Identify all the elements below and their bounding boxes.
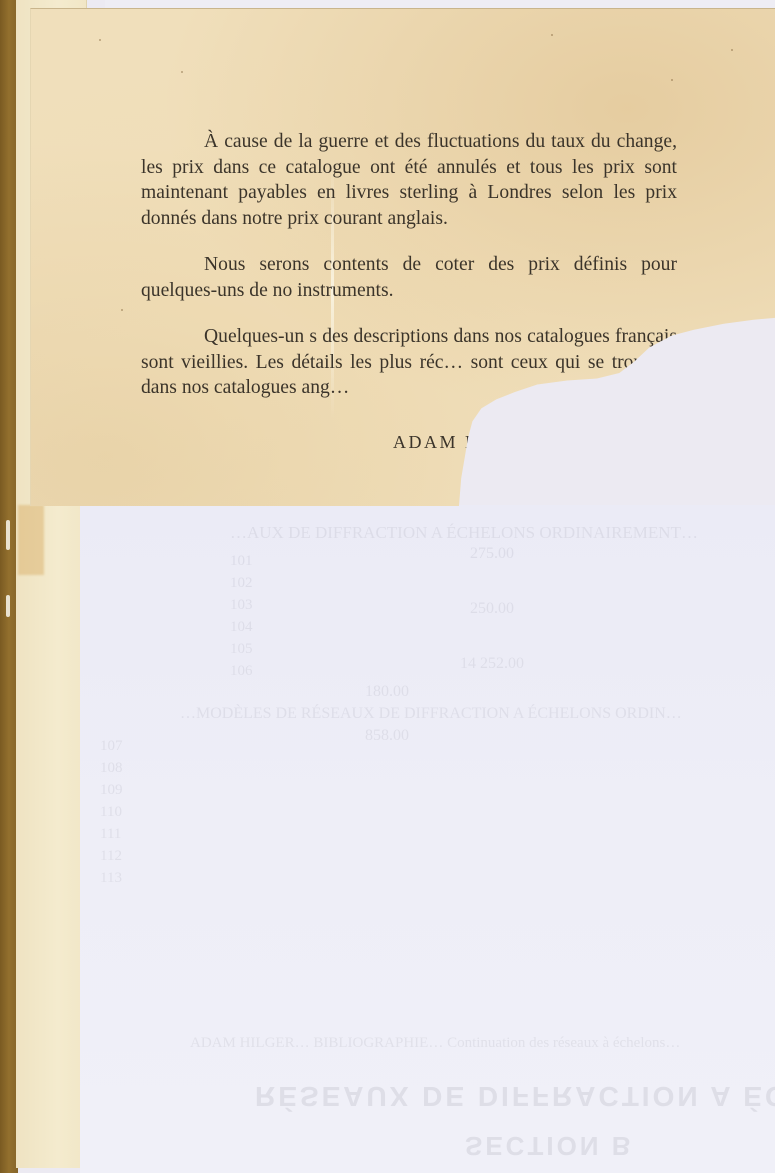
page-stain xyxy=(18,505,44,575)
notice-paragraph-quotes: Nous serons contents de coter des prix d… xyxy=(141,252,677,303)
foxing-spot xyxy=(731,49,733,51)
notice-paragraph-currency: À cause de la guerre et des fluctuations… xyxy=(141,129,677,231)
show-through-heading: …MODÈLES DE RÉSEAUX DE DIFFRACTION A ÉCH… xyxy=(180,705,682,723)
show-through-price: 180.00 xyxy=(365,683,409,701)
foxing-spot xyxy=(671,79,673,81)
show-through-row-numbers: 107 108 109 110 111 112 113 xyxy=(100,735,123,889)
notice-text: À cause de la guerre et des fluctuations… xyxy=(141,129,677,422)
catalogue-page: …AUX DE DIFFRACTION A ÉCHELONS ORDINAIRE… xyxy=(80,505,775,1173)
show-through-price: 275.00 xyxy=(470,545,514,563)
show-through-price: 858.00 xyxy=(365,727,409,745)
binding-scuff xyxy=(6,520,10,550)
mirrored-section: SECTION B xyxy=(465,1130,634,1161)
foxing-spot xyxy=(181,71,183,73)
show-through-heading: …AUX DE DIFFRACTION A ÉCHELONS ORDINAIRE… xyxy=(230,523,698,543)
show-through-footer: ADAM HILGER… BIBLIOGRAPHIE… Continuation… xyxy=(190,1035,680,1052)
binding-scuff xyxy=(6,595,10,617)
foxing-spot xyxy=(121,309,123,311)
signature: ADAM HI… xyxy=(393,432,510,453)
show-through-price: 250.00 xyxy=(470,600,514,618)
notice-paragraph-descriptions: Quelques-un s des descriptions dans nos … xyxy=(141,324,677,401)
show-through-price: 14 252.00 xyxy=(460,655,524,673)
foxing-spot xyxy=(551,34,553,36)
show-through-row-numbers: 101 102 103 104 105 106 xyxy=(230,550,253,682)
price-notice-card: À cause de la guerre et des fluctuations… xyxy=(30,8,775,506)
foxing-spot xyxy=(99,39,101,41)
mirrored-title: RÉSEAUX DE DIFFRACTION A ÉCHELONS xyxy=(255,1080,775,1112)
